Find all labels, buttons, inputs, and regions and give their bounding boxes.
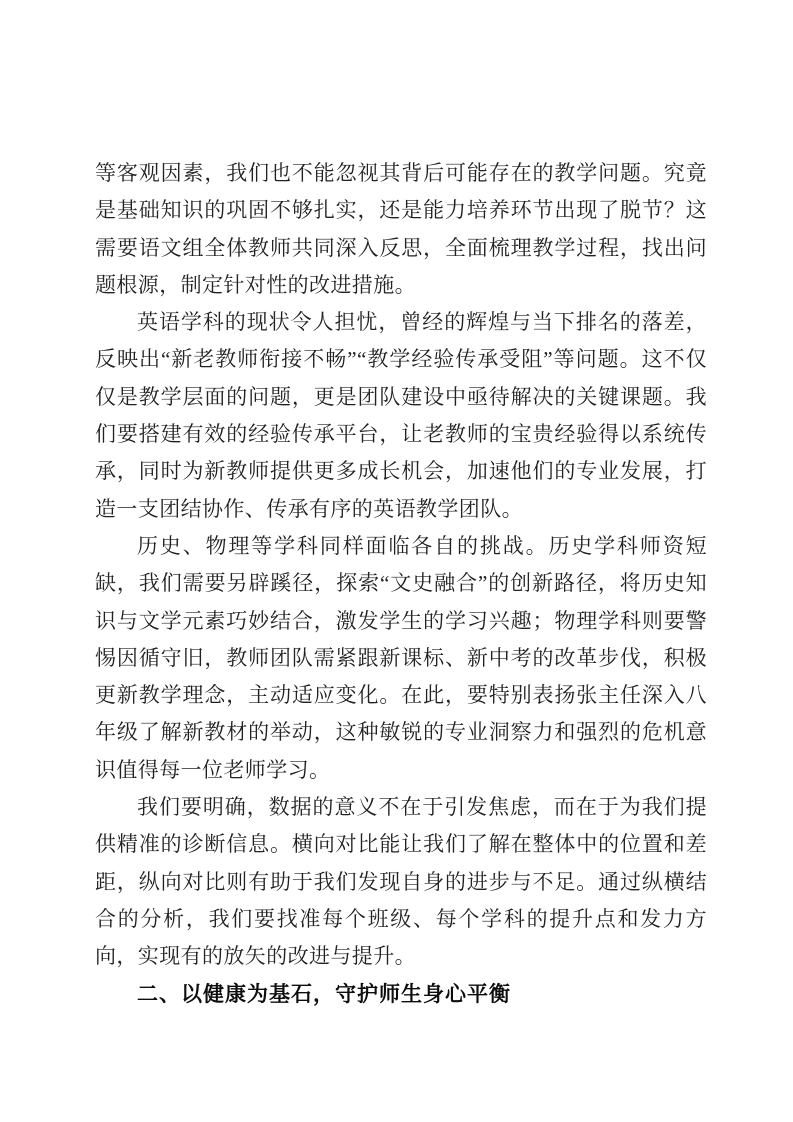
text-block: 等客观因素，我们也不能忽视其背后可能存在的教学问题。究竟是基础知识的巩固不够扎实… <box>95 155 707 1013</box>
document-page: 等客观因素，我们也不能忽视其背后可能存在的教学问题。究竟是基础知识的巩固不够扎实… <box>0 0 793 1122</box>
body-paragraph-continuation: 等客观因素，我们也不能忽视其背后可能存在的教学问题。究竟是基础知识的巩固不够扎实… <box>95 155 707 304</box>
body-paragraph: 英语学科的现状令人担忧，曾经的辉煌与当下排名的落差，反映出“新老教师衔接不畅”“… <box>95 304 707 528</box>
body-paragraph: 我们要明确，数据的意义不在于引发焦虑，而在于为我们提供精准的诊断信息。横向对比能… <box>95 789 707 975</box>
body-paragraph: 历史、物理等学科同样面临各自的挑战。历史学科师资短缺，我们需要另辟蹊径，探索“文… <box>95 528 707 789</box>
section-heading: 二、以健康为基石，守护师生身心平衡 <box>95 976 707 1013</box>
